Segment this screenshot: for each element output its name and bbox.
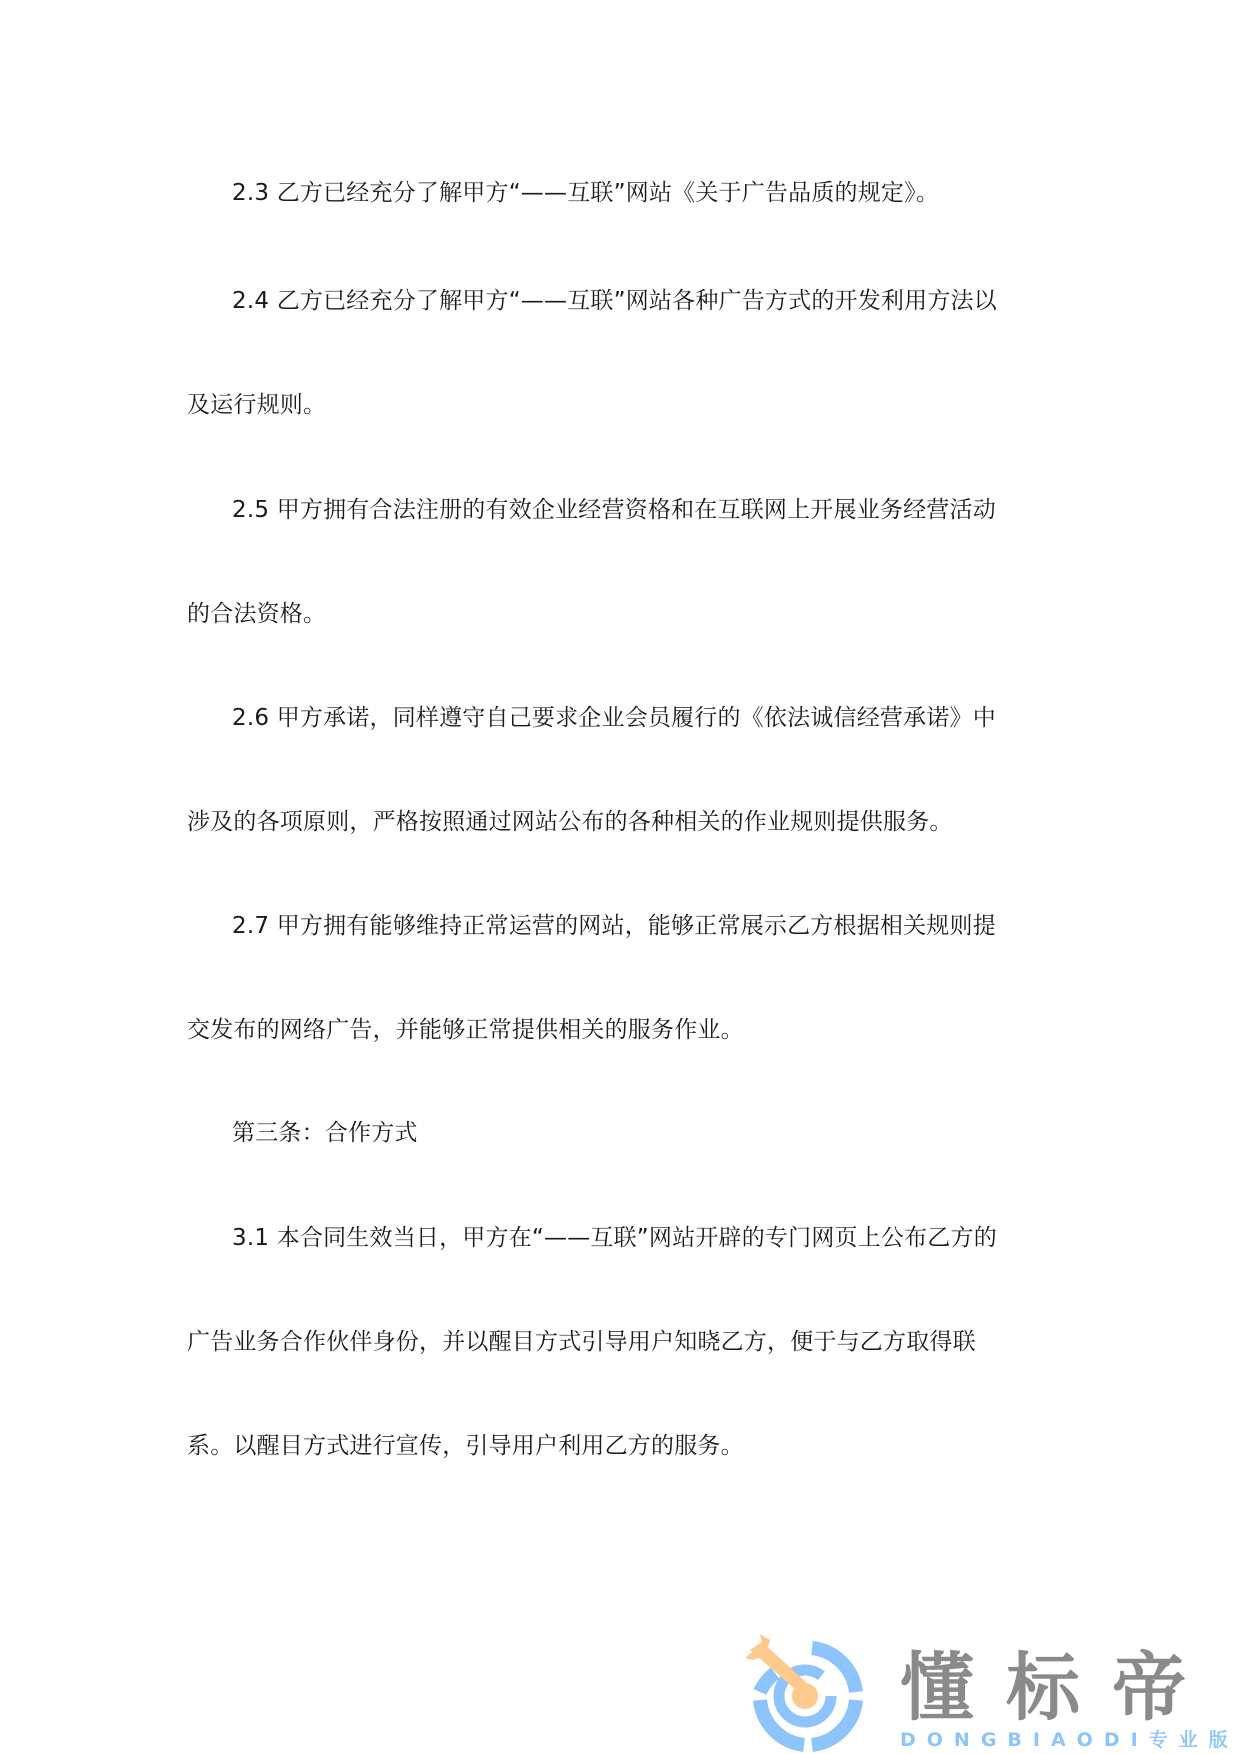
- paragraph-line: 3.1 本合同生效当日，甲方在“——互联”网站开辟的专门网页上公布乙方的: [232, 1223, 1102, 1253]
- document-page: 2.3 乙方已经充分了解甲方“——互联”网站《关于广告品质的规定》。2.4 乙方…: [0, 0, 1241, 1754]
- paragraph-line: 2.7 甲方拥有能够维持正常运营的网站，能够正常展示乙方根据相关规则提: [232, 911, 1102, 941]
- paragraph-line: 第三条：合作方式: [232, 1118, 1102, 1148]
- paragraph-line: 的合法资格。: [187, 599, 1057, 629]
- watermark-subtitle: DONGBIAODI专业版: [900, 1728, 1239, 1752]
- paragraph-line: 2.6 甲方承诺，同样遵守自己要求企业会员履行的《依法诚信经营承诺》中: [232, 703, 1102, 733]
- paragraph-line: 交发布的网络广告，并能够正常提供相关的服务作业。: [187, 1015, 1057, 1045]
- paragraph-line: 广告业务合作伙伴身份，并以醒目方式引导用户知晓乙方，便于与乙方取得联: [187, 1327, 1057, 1357]
- paragraph-line: 及运行规则。: [187, 390, 1057, 420]
- watermark-brand: 懂标帝: [900, 1648, 1218, 1728]
- paragraph-line: 2.4 乙方已经充分了解甲方“——互联”网站各种广告方式的开发利用方法以: [232, 286, 1102, 316]
- target-arrow-icon: [740, 1628, 870, 1754]
- paragraph-line: 2.3 乙方已经充分了解甲方“——互联”网站《关于广告品质的规定》。: [232, 178, 1102, 208]
- watermark-logo: 懂标帝 DONGBIAODI专业版: [740, 1620, 1241, 1754]
- paragraph-line: 2.5 甲方拥有合法注册的有效企业经营资格和在互联网上开展业务经营活动: [232, 495, 1102, 525]
- paragraph-line: 系。以醒目方式进行宣传，引导用户利用乙方的服务。: [187, 1431, 1057, 1461]
- paragraph-line: 涉及的各项原则，严格按照通过网站公布的各种相关的作业规则提供服务。: [187, 807, 1057, 837]
